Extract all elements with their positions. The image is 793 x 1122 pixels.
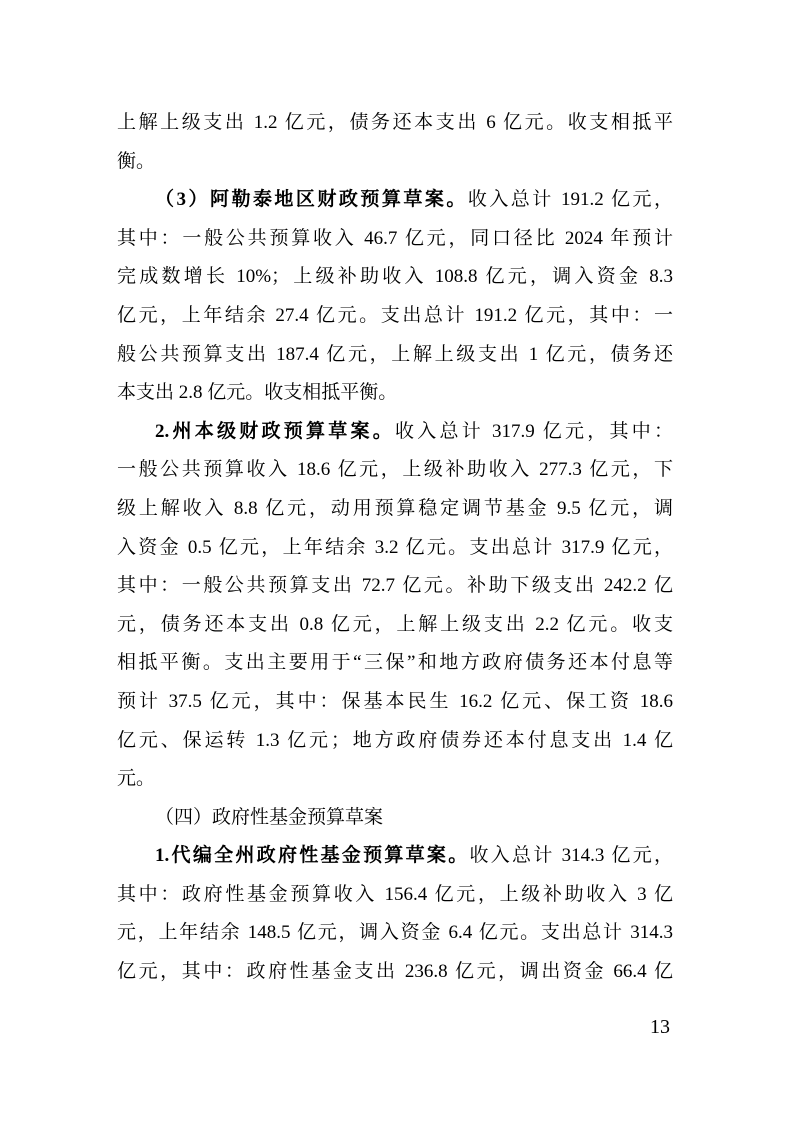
text-line: 上解上级支出 1.2 亿元，债务还本支出 6 亿元。收支相抵平 [117, 104, 673, 143]
text-line: 衡。 [117, 143, 673, 182]
text-segment: 相抵平衡。支出主要用于“三保”和地方政府债务还本付息等 [117, 652, 673, 673]
text-line: 其中：一般公共预算收入 46.7 亿元，同口径比 2024 年预计 [117, 220, 673, 259]
text-line: 般公共预算支出 187.4 亿元，上解上级支出 1 亿元，债务还 [117, 336, 673, 375]
heading-segment: 2.州本级财政预算草案。 [155, 421, 395, 442]
text-segment: 亿元，其中：政府性基金支出 236.8 亿元，调出资金 66.4 亿 [117, 961, 673, 982]
document-page: 上解上级支出 1.2 亿元，债务还本支出 6 亿元。收支相抵平衡。（3）阿勒泰地… [0, 0, 793, 1122]
text-line: 预计 37.5 亿元，其中：保基本民生 16.2 亿元、保工资 18.6 [117, 683, 673, 722]
text-segment: 其中：一般公共预算支出 72.7 亿元。补助下级支出 242.2 亿 [117, 575, 673, 596]
text-line: 元，上年结余 148.5 亿元，调入资金 6.4 亿元。支出总计 314.3 [117, 914, 673, 953]
text-segment: 入资金 0.5 亿元，上年结余 3.2 亿元。支出总计 317.9 亿元， [117, 537, 673, 558]
text-segment: 亿元、保运转 1.3 亿元；地方政府债券还本付息支出 1.4 亿 [117, 730, 673, 751]
text-line: 亿元，上年结余 27.4 亿元。支出总计 191.2 亿元，其中：一 [117, 297, 673, 336]
text-segment: 其中：一般公共预算收入 46.7 亿元，同口径比 2024 年预计 [117, 228, 673, 249]
text-segment: 亿元，上年结余 27.4 亿元。支出总计 191.2 亿元，其中：一 [117, 305, 673, 326]
text-line: 亿元，其中：政府性基金支出 236.8 亿元，调出资金 66.4 亿 [117, 953, 673, 992]
text-line: （3）阿勒泰地区财政预算草案。收入总计 191.2 亿元， [117, 181, 673, 220]
text-segment: （四）政府性基金预算草案 [155, 807, 383, 828]
text-segment: 收入总计 191.2 亿元， [468, 189, 673, 210]
text-line: 亿元、保运转 1.3 亿元；地方政府债券还本付息支出 1.4 亿 [117, 722, 673, 761]
text-line: 1.代编全州政府性基金预算草案。收入总计 314.3 亿元， [117, 837, 673, 876]
text-segment: 元，债务还本支出 0.8 亿元，上解上级支出 2.2 亿元。收支 [117, 614, 673, 635]
text-line: 其中：政府性基金预算收入 156.4 亿元，上级补助收入 3 亿 [117, 876, 673, 915]
text-segment: 一般公共预算收入 18.6 亿元，上级补助收入 277.3 亿元，下 [117, 459, 673, 480]
heading-segment: （3）阿勒泰地区财政预算草案。 [155, 189, 468, 210]
text-line: 2.州本级财政预算草案。收入总计 317.9 亿元，其中： [117, 413, 673, 452]
text-line: 相抵平衡。支出主要用于“三保”和地方政府债务还本付息等 [117, 644, 673, 683]
text-line: 其中：一般公共预算支出 72.7 亿元。补助下级支出 242.2 亿 [117, 567, 673, 606]
text-segment: 般公共预算支出 187.4 亿元，上解上级支出 1 亿元，债务还 [117, 344, 673, 365]
text-line: （四）政府性基金预算草案 [117, 799, 673, 838]
text-segment: 元，上年结余 148.5 亿元，调入资金 6.4 亿元。支出总计 314.3 [117, 922, 673, 943]
heading-segment: 1.代编全州政府性基金预算草案。 [155, 845, 469, 866]
text-line: 完成数增长 10%；上级补助收入 108.8 亿元，调入资金 8.3 [117, 258, 673, 297]
text-line: 元。 [117, 760, 673, 799]
text-line: 本支出 2.8 亿元。收支相抵平衡。 [117, 374, 673, 413]
text-segment: 上解上级支出 1.2 亿元，债务还本支出 6 亿元。收支相抵平 [117, 112, 673, 133]
text-segment: 收入总计 314.3 亿元， [469, 845, 673, 866]
text-segment: 元。 [117, 768, 155, 789]
text-segment: 收入总计 317.9 亿元，其中： [395, 421, 673, 442]
text-line: 一般公共预算收入 18.6 亿元，上级补助收入 277.3 亿元，下 [117, 451, 673, 490]
text-line: 级上解收入 8.8 亿元，动用预算稳定调节基金 9.5 亿元，调 [117, 490, 673, 529]
text-segment: 本支出 2.8 亿元。收支相抵平衡。 [117, 382, 397, 403]
text-segment: 预计 37.5 亿元，其中：保基本民生 16.2 亿元、保工资 18.6 [117, 691, 673, 712]
page-number: 13 [640, 1012, 680, 1042]
text-segment: 衡。 [117, 151, 155, 172]
text-segment: 完成数增长 10%；上级补助收入 108.8 亿元，调入资金 8.3 [117, 266, 673, 287]
text-line: 元，债务还本支出 0.8 亿元，上解上级支出 2.2 亿元。收支 [117, 606, 673, 645]
text-line: 入资金 0.5 亿元，上年结余 3.2 亿元。支出总计 317.9 亿元， [117, 529, 673, 568]
text-segment: 其中：政府性基金预算收入 156.4 亿元，上级补助收入 3 亿 [117, 884, 673, 905]
page-body: 上解上级支出 1.2 亿元，债务还本支出 6 亿元。收支相抵平衡。（3）阿勒泰地… [117, 104, 673, 992]
text-segment: 级上解收入 8.8 亿元，动用预算稳定调节基金 9.5 亿元，调 [117, 498, 673, 519]
